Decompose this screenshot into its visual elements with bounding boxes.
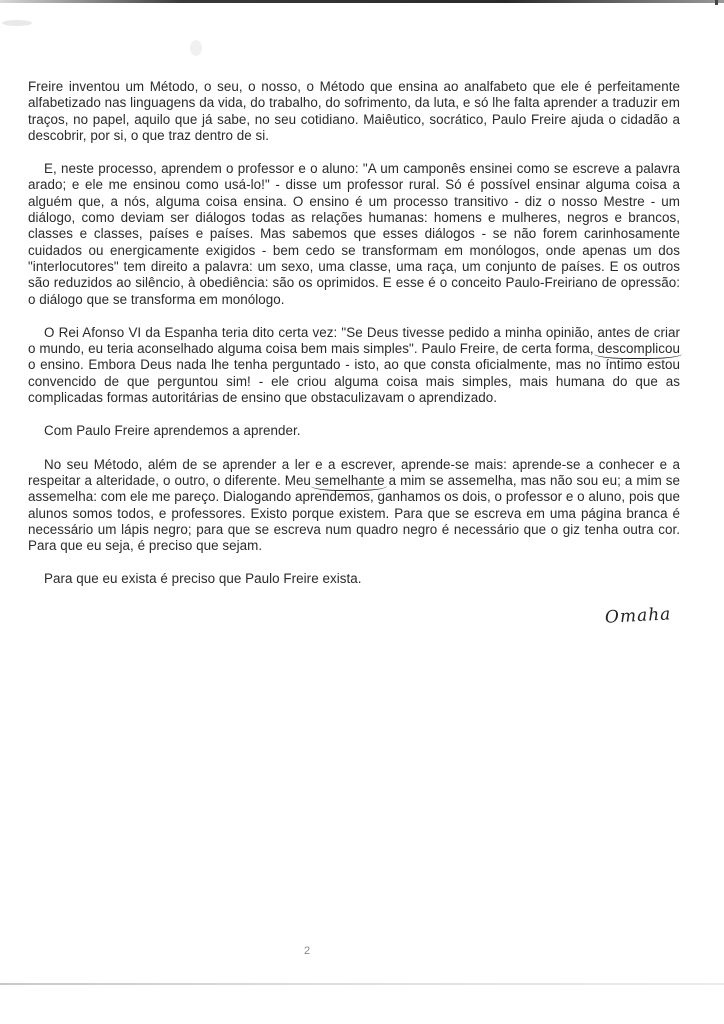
scan-bottom-edge (0, 983, 724, 985)
scan-smudge (2, 20, 32, 26)
paragraph-2: E, neste processo, aprendem o professor … (28, 161, 680, 308)
paragraph-3-text-after: o ensino. Embora Deus nada lhe tenha per… (28, 357, 680, 405)
underlined-word-semelhante: semelhante (315, 473, 385, 488)
paragraph-5: No seu Método, além de se aprender a ler… (28, 457, 680, 555)
document-body: Freire inventou um Método, o seu, o noss… (28, 79, 680, 605)
underlined-word-descomplicou: descomplicou (598, 341, 680, 356)
paragraph-6: Para que eu exista é preciso que Paulo F… (28, 571, 680, 587)
paragraph-3: O Rei Afonso VI da Espanha teria dito ce… (28, 325, 680, 406)
page-number: 2 (304, 945, 310, 957)
paragraph-1: Freire inventou um Método, o seu, o noss… (28, 79, 680, 144)
scan-corner-mark (715, 0, 718, 5)
scan-top-edge (0, 0, 724, 3)
paragraph-3-text-before: O Rei Afonso VI da Espanha teria dito ce… (28, 325, 680, 356)
handwritten-margin-note: Omaha (605, 604, 672, 627)
scan-smudge (190, 40, 202, 56)
paragraph-4: Com Paulo Freire aprendemos a aprender. (28, 423, 680, 439)
